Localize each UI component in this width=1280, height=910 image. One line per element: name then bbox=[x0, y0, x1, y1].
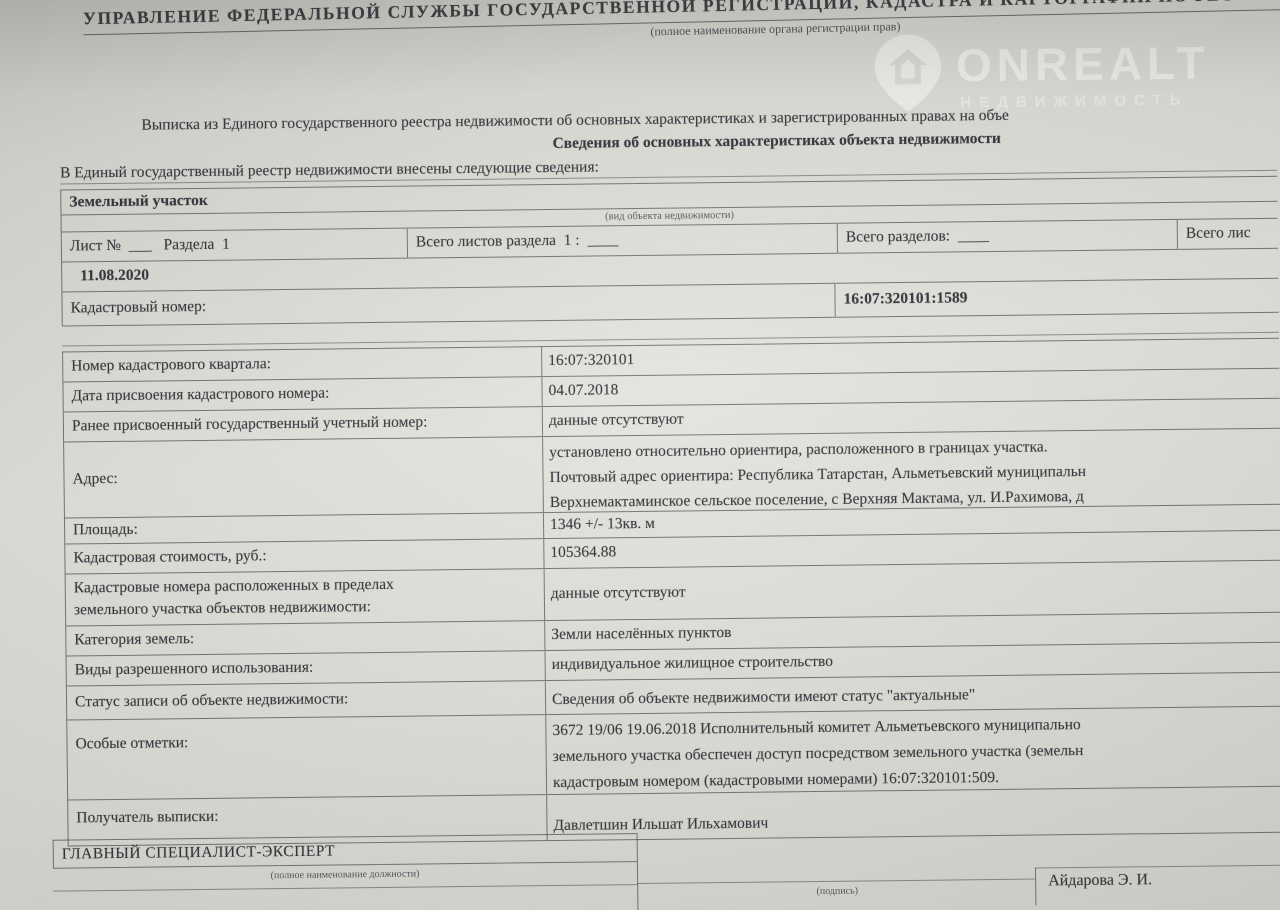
cadastral-number-value: 16:07:320101:1589 bbox=[834, 279, 1278, 317]
position-caption: (полное наименование должности) bbox=[53, 866, 637, 884]
row-label: Категория земель: bbox=[66, 621, 544, 655]
row-label: Особые отметки: bbox=[67, 715, 546, 799]
row-label: Виды разрешенного использования: bbox=[67, 651, 545, 685]
position-title: ГЛАВНЫЙ СПЕЦИАЛИСТ-ЭКСПЕРТ bbox=[53, 833, 637, 869]
row-label: Дата присвоения кадастрового номера: bbox=[63, 377, 541, 411]
signer-name-topline bbox=[1035, 865, 1280, 869]
row-value: Давлетшин Ильшат Ильхамович bbox=[546, 787, 1280, 840]
row-label: Кадастровые номера расположенных в преде… bbox=[66, 569, 545, 625]
sections-total-cell: Всего разделов: ____ bbox=[837, 220, 1177, 253]
document-sheet: УПРАВЛЕНИЕ ФЕДЕРАЛЬНОЙ СЛУЖБЫ ГОСУДАРСТВ… bbox=[0, 0, 1280, 910]
details-table: Номер кадастрового квартала: 16:07:32010… bbox=[62, 338, 1280, 847]
signature-caption: (подпись) bbox=[639, 884, 1035, 899]
table-row: Адрес: установлено относительно ориентир… bbox=[64, 429, 1280, 519]
sheet-number-cell: Лист № ___ Раздела 1 bbox=[62, 229, 407, 262]
onrealt-house-pin-icon bbox=[868, 32, 949, 113]
sheets-total-cell: Всего лис bbox=[1177, 219, 1278, 249]
signature-divider-right bbox=[1035, 868, 1036, 906]
table-row: Особые отметки: 3672 19/06 19.06.2018 Ис… bbox=[67, 707, 1280, 801]
row-label: Кадастровая стоимость, руб.: bbox=[65, 539, 543, 573]
position-caption-underline bbox=[53, 884, 637, 892]
object-header-table: Земельный участок (вид объекта недвижимо… bbox=[60, 176, 1278, 327]
document-header: УПРАВЛЕНИЕ ФЕДЕРАЛЬНОЙ СЛУЖБЫ ГОСУДАРСТВ… bbox=[0, 0, 1280, 8]
signature-divider-left bbox=[637, 833, 639, 910]
section-title: Сведения об основных характеристиках объ… bbox=[397, 128, 1157, 155]
signer-name: Айдарова Э. И. bbox=[1048, 871, 1152, 890]
row-value: данные отсутствуют bbox=[544, 561, 1280, 620]
row-label: Статус записи об объекте недвижимости: bbox=[67, 681, 545, 719]
row-value: установлено относительно ориентира, расп… bbox=[542, 429, 1280, 512]
row-label: Номер кадастрового квартала: bbox=[63, 347, 541, 381]
row-label: Ранее присвоенный государственный учетны… bbox=[64, 407, 542, 441]
onrealt-brand-text: ONREALT bbox=[956, 36, 1211, 93]
row-label: Адрес: bbox=[64, 437, 543, 517]
row-value: 3672 19/06 19.06.2018 Исполнительный ком… bbox=[545, 707, 1280, 794]
sheets-in-section-cell: Всего листов раздела 1 : ____ bbox=[407, 224, 837, 258]
